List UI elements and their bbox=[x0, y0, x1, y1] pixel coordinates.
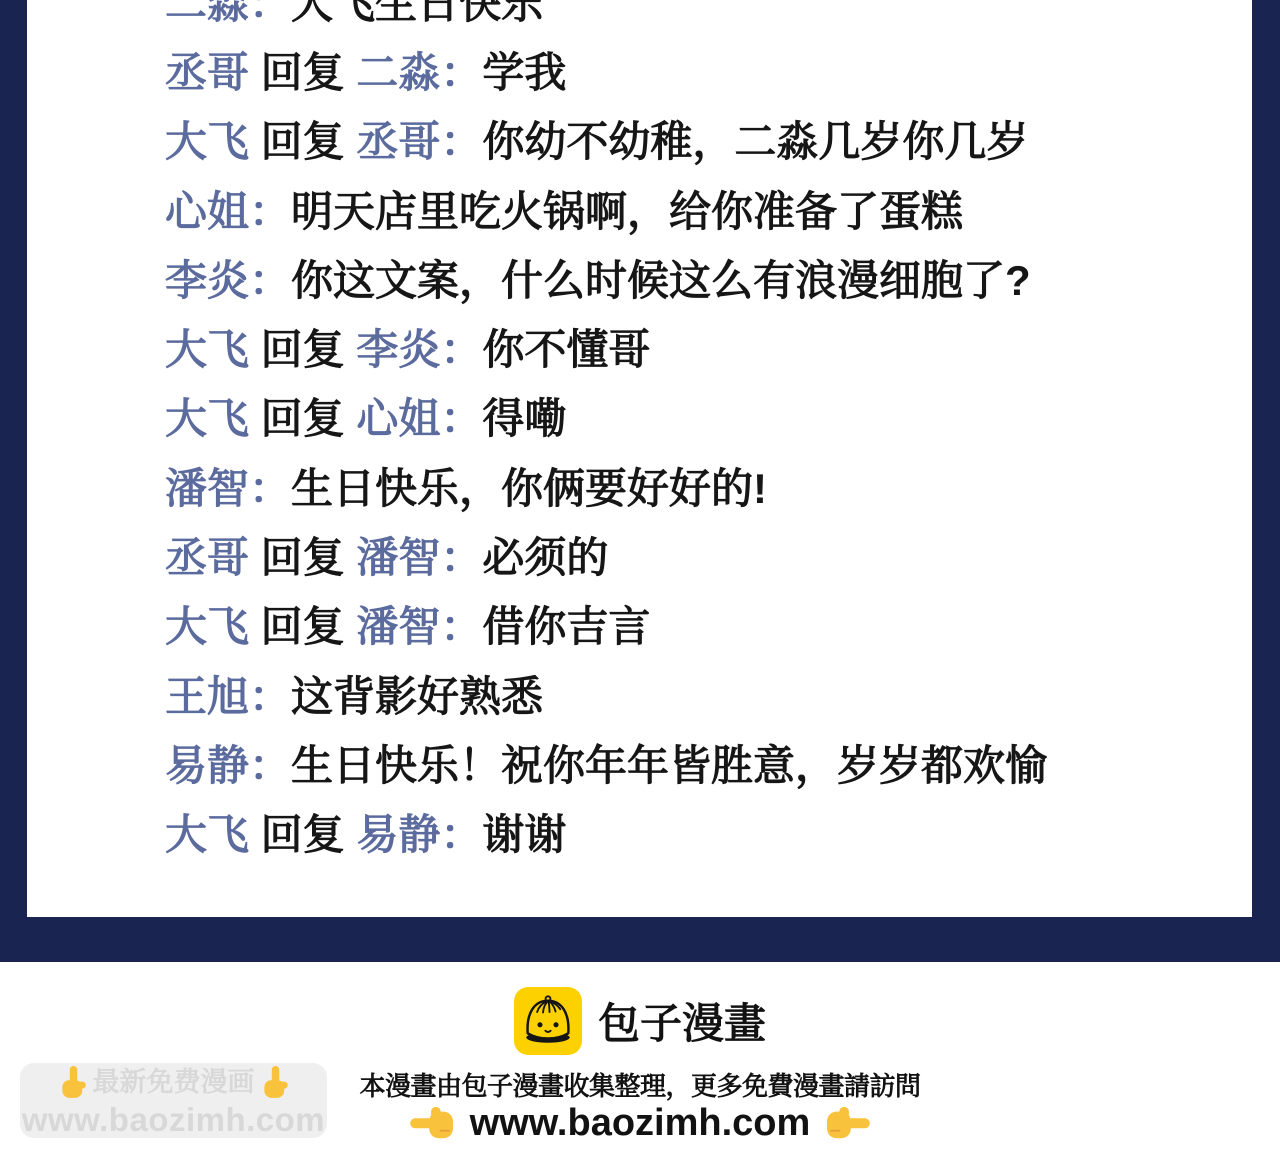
comment-text: 回复 bbox=[261, 814, 357, 856]
comment-text: 回复 bbox=[261, 537, 357, 579]
comment-text: 回复 bbox=[261, 329, 357, 371]
commenter-name: 李炎： bbox=[165, 260, 291, 302]
point-right-icon bbox=[410, 1105, 456, 1143]
commenter-name: 大飞 bbox=[165, 606, 261, 648]
brand-row: 包子漫畫 bbox=[514, 987, 766, 1055]
commenter-name: 李炎： bbox=[356, 329, 482, 371]
comment-text: 必须的 bbox=[482, 537, 608, 579]
commenter-name: 大飞 bbox=[165, 814, 261, 856]
commenter-name: 丞哥： bbox=[356, 121, 482, 163]
commenter-name: 心姐： bbox=[165, 191, 291, 233]
comment-row: 丞哥 回复 潘智：必须的 bbox=[165, 523, 1252, 592]
site-url[interactable]: www.baozimh.com bbox=[470, 1102, 811, 1145]
comment-text: 得嘞 bbox=[482, 398, 566, 440]
watermark-url: www.baozimh.com bbox=[22, 1103, 325, 1136]
comment-list: 二淼：大飞生日快乐丞哥 回复 二淼：学我大飞 回复 丞哥：你幼不幼稚，二淼几岁你… bbox=[27, 0, 1252, 870]
comment-row: 潘智：生日快乐，你俩要好好的! bbox=[165, 454, 1252, 523]
watermark-line1: 最新免费漫画 bbox=[56, 1066, 292, 1100]
comment-text: 谢谢 bbox=[482, 814, 566, 856]
comment-text: 回复 bbox=[261, 52, 357, 94]
commenter-name: 潘智： bbox=[356, 537, 482, 579]
comment-row: 大飞 回复 丞哥：你幼不幼稚，二淼几岁你几岁 bbox=[165, 108, 1252, 177]
comment-text: 你这文案，什么时候这么有浪漫细胞了? bbox=[291, 260, 1031, 302]
commenter-name: 二淼： bbox=[356, 52, 482, 94]
comment-row: 二淼：大飞生日快乐 bbox=[165, 0, 1252, 38]
commenter-name: 大飞 bbox=[165, 398, 261, 440]
commenter-name: 丞哥 bbox=[165, 537, 261, 579]
point-left-icon bbox=[824, 1105, 870, 1143]
comment-text: 你不懂哥 bbox=[482, 329, 650, 371]
baozi-bun-icon bbox=[514, 987, 582, 1055]
comment-text: 回复 bbox=[261, 606, 357, 648]
commenter-name: 潘智： bbox=[165, 468, 291, 510]
commenter-name: 潘智： bbox=[356, 606, 482, 648]
comment-text: 明天店里吃火锅啊，给你准备了蛋糕 bbox=[291, 191, 963, 233]
watermark-box: 最新免费漫画 www.baozimh.com bbox=[20, 1063, 327, 1138]
comment-text: 回复 bbox=[261, 121, 357, 163]
commenter-name: 大飞 bbox=[165, 329, 261, 371]
comment-row: 易静：生日快乐！祝你年年皆胜意，岁岁都欢愉 bbox=[165, 731, 1252, 800]
comment-row: 王旭：这背影好熟悉 bbox=[165, 662, 1252, 731]
watermark-text: 最新免费漫画 bbox=[93, 1069, 255, 1096]
commenter-name: 大飞 bbox=[165, 121, 261, 163]
comment-row: 李炎：你这文案，什么时候这么有浪漫细胞了? bbox=[165, 246, 1252, 315]
point-down-icon bbox=[56, 1066, 90, 1100]
comment-row: 大飞 回复 心姐：得嘞 bbox=[165, 385, 1252, 454]
comment-text: 你幼不幼稚，二淼几岁你几岁 bbox=[482, 121, 1028, 163]
comment-row: 心姐：明天店里吃火锅啊，给你准备了蛋糕 bbox=[165, 177, 1252, 246]
comment-text: 生日快乐，你俩要好好的! bbox=[291, 468, 767, 510]
comment-text: 回复 bbox=[261, 398, 357, 440]
brand-name: 包子漫畫 bbox=[598, 991, 766, 1051]
comment-text: 这背影好熟悉 bbox=[291, 676, 543, 718]
comment-row: 丞哥 回复 二淼：学我 bbox=[165, 38, 1252, 107]
commenter-name: 易静： bbox=[165, 745, 291, 787]
commenter-name: 易静： bbox=[356, 814, 482, 856]
comment-row: 大飞 回复 潘智：借你吉言 bbox=[165, 593, 1252, 662]
commenter-name: 王旭： bbox=[165, 676, 291, 718]
comment-text: 学我 bbox=[482, 52, 566, 94]
comment-row: 大飞 回复 易静：谢谢 bbox=[165, 801, 1252, 870]
commenter-name: 二淼： bbox=[165, 0, 291, 25]
comment-panel: 二淼：大飞生日快乐丞哥 回复 二淼：学我大飞 回复 丞哥：你幼不幼稚，二淼几岁你… bbox=[27, 0, 1252, 917]
comment-text: 生日快乐！祝你年年皆胜意，岁岁都欢愉 bbox=[291, 745, 1047, 787]
comment-row: 大飞 回复 李炎：你不懂哥 bbox=[165, 315, 1252, 384]
comment-text: 大飞生日快乐 bbox=[291, 0, 543, 25]
point-down-icon bbox=[258, 1066, 292, 1100]
comment-text: 借你吉言 bbox=[482, 606, 650, 648]
commenter-name: 丞哥 bbox=[165, 52, 261, 94]
commenter-name: 心姐： bbox=[356, 398, 482, 440]
